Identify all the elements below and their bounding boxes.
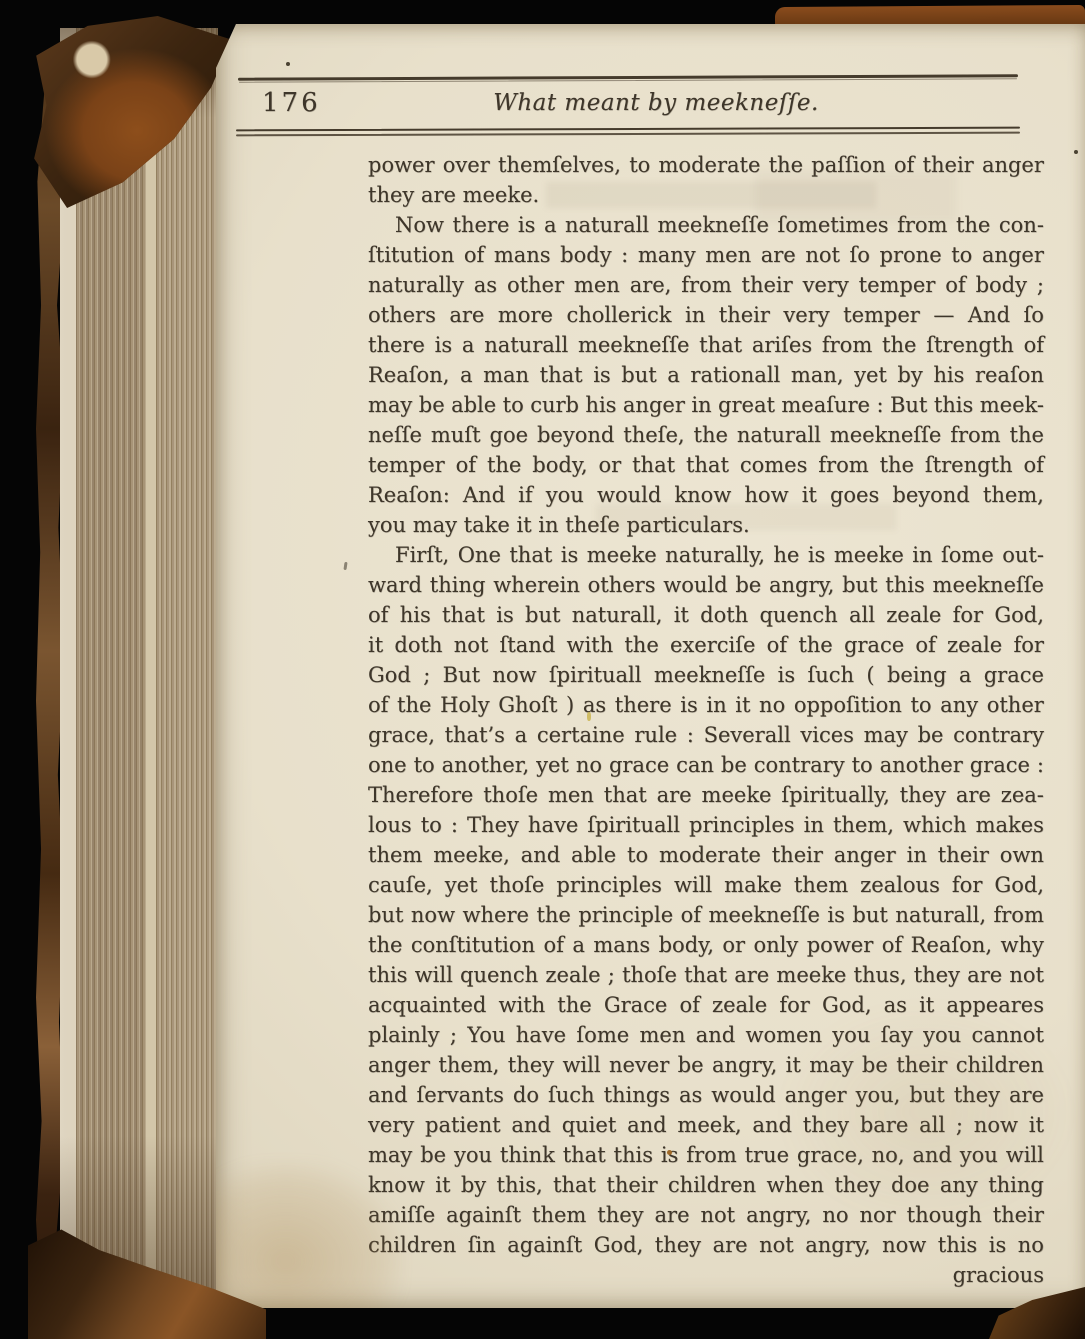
text-line: childrenſinagainſtGod,theyarenotangry,no… (368, 1230, 1044, 1260)
show-through-smudge (596, 504, 896, 530)
text-line: wardthingwhereinotherswouldbeangry,butth… (368, 570, 1044, 600)
text-line: God;Butnowſpirituallmeekneſſeisſuch(bein… (368, 660, 1044, 690)
text-line: ofhisthatisbutnaturall,itdothquenchallze… (368, 600, 1044, 630)
text-line: temperofthebody,orthatthatcomesfromtheſt… (368, 450, 1044, 480)
text-line: thereisanaturallmeekneſſethatariſesfromt… (368, 330, 1044, 360)
text-line: maybeabletocurbhisangeringreatmeaſure:Bu… (368, 390, 1044, 420)
page-number: 176 (262, 88, 321, 118)
text-line: butnowwheretheprincipleofmeekneſſeisbutn… (368, 900, 1044, 930)
foxing-speck (667, 1150, 672, 1155)
text-line: theconſtitutionofamansbody,oronlypowerof… (368, 930, 1044, 960)
text-line: grace,that’sacertainerule:Severallvicesm… (368, 720, 1044, 750)
text-line: thiswillquenchzeale;thoſethataremeekethu… (368, 960, 1044, 990)
text-line: Reaſon,amanthatisbutarationallman,yetbyh… (368, 360, 1044, 390)
text-line: themmeeke,andabletomoderatetheirangerint… (368, 840, 1044, 870)
text-line: Thereforethoſementhataremeekeſpiritually… (368, 780, 1044, 810)
ink-speck (286, 62, 290, 66)
header-rule-top (238, 74, 1018, 80)
text-line: cauſe,yetthoſeprincipleswillmakethemzeal… (368, 870, 1044, 900)
fore-edge-margin (60, 28, 76, 1316)
text-line: othersaremorechollerickintheirverytemper… (368, 300, 1044, 330)
book-page: 176 What meant by meekneſſe. poweroverth… (216, 24, 1085, 1308)
text-line: itdothnotſtandwiththeexerciſeofthegraceo… (368, 630, 1044, 660)
text-line: onetoanother,yetnogracecanbecontrarytoan… (368, 750, 1044, 780)
running-head: What meant by meekneſſe. (376, 90, 936, 116)
ink-speck (1074, 150, 1078, 154)
fore-edge-gap (146, 28, 156, 1316)
text-line: Firſt,Onethatismeekenaturally,heismeekei… (368, 540, 1044, 570)
book-page-fore-edge (60, 28, 218, 1316)
text-line: neſſemuſtgoebeyondtheſe,thenaturallmeekn… (368, 420, 1044, 450)
fore-edge-band (76, 28, 146, 1316)
show-through-smudge (756, 172, 956, 222)
photograph-of-open-book: 176 What meant by meekneſſe. poweroverth… (0, 0, 1085, 1339)
paper-fiber (587, 712, 591, 721)
header-rule-bottom (236, 127, 1020, 132)
faint-stain (776, 999, 1076, 1224)
margin-mark (343, 562, 347, 570)
text-line: naturallyasothermenare,fromtheirverytemp… (368, 270, 1044, 300)
catchword: gracious (368, 1260, 1044, 1290)
text-line: oftheHolyGhoſt)asthereisinitnooppoſition… (368, 690, 1044, 720)
fore-edge-band (156, 28, 218, 1316)
text-line: lousto:Theyhaveſpirituallprinciplesinthe… (368, 810, 1044, 840)
text-line: ſtitutionofmansbody:manymenarenotſoprone… (368, 240, 1044, 270)
